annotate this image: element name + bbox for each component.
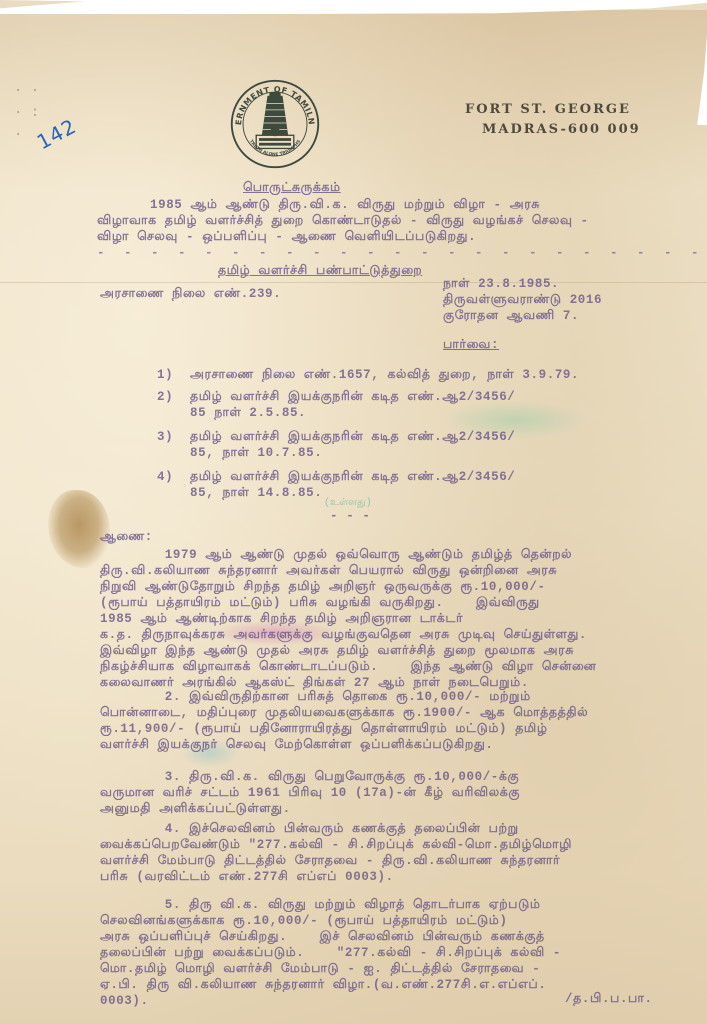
paragraph-line: 1985 ஆம் ஆண்டிற்காக சிறந்த தமிழ் அறிஞரான… xyxy=(100,612,463,628)
paragraph-line: 2. இவ்விருதிற்கான பரிசுத் தொகை ரூ.10,000… xyxy=(100,690,531,706)
order-heading: ஆணை: xyxy=(100,530,153,546)
abstract-line-3: விழா செலவு - ஒப்பளிப்பு - ஆணை வெளியிடப்ப… xyxy=(97,230,476,246)
paragraph-line: ஏ.பி. திரு வி.கலியாண சுந்தரனார் விழா.(வ.… xyxy=(100,978,546,994)
reference-text: 85, நாள் 14.8.85. xyxy=(190,486,322,502)
green-stamp-annotation: (உள்ளது) xyxy=(324,497,372,509)
paragraph-line: அரசு ஒப்பளிப்புச் செய்கிறது. இச் செலவினம… xyxy=(100,930,545,946)
end-mark: - - - xyxy=(330,509,371,525)
paragraph-line: 0003). xyxy=(100,994,149,1010)
tamil-year: திருவள்ளுவராண்டு 2016 xyxy=(443,293,602,309)
reference-text: அரசாணை நிலை எண்.1657, கல்வித் துறை, நாள்… xyxy=(190,368,579,384)
reference-number: 4) xyxy=(157,470,173,486)
paragraph-line: வைக்கப்பெறவேண்டும் "277.கல்வி - சி.சிறப்… xyxy=(100,838,572,854)
paragraph-line: செலவினங்களுக்காக ரூ.10,000/- (ரூபாய் பத்… xyxy=(100,914,508,930)
go-number: அரசாணை நிலை எண்.239. xyxy=(100,287,281,303)
paragraph-line: (ரூபாய் பத்தாயிரம் மட்டும்) பரிசு வழங்கி… xyxy=(100,596,540,612)
reference-text: 85 நாள் 2.5.85. xyxy=(190,406,306,422)
paragraph-line: தலைப்பின் பற்று வைக்கப்படும். "277.கல்வி… xyxy=(100,946,561,962)
paragraph-line: 1979 ஆம் ஆண்டு முதல் ஒவ்வொரு ஆண்டும் தமி… xyxy=(100,548,572,564)
paragraph-line: திரு.வி.கலியாண சுந்தரனார் அவர்கள் பெயரால… xyxy=(100,564,557,580)
separator-dashes: - - - - - - - - - - - - - - - - - - - - … xyxy=(97,246,705,262)
paragraph-line: 3. திரு.வி.க. விருது பெறுவோருக்கு ரூ.10,… xyxy=(100,770,519,786)
paragraph-line: பொன்னாடை, மதிப்புரை முதலியவைகளுக்காக ரூ.… xyxy=(100,706,588,722)
paragraph-line: நிகழ்ச்சியாக விழாவாகக் கொண்டாடப்படும். இ… xyxy=(100,660,596,676)
paragraph-line: க.த. திருநாவுக்கரசு அவர்களுக்கு வழங்குவத… xyxy=(100,628,587,644)
abstract-line-1: 1985 ஆம் ஆண்டு திரு.வி.க. விருது மற்றும்… xyxy=(150,198,540,214)
reference-text: தமிழ் வளர்ச்சி இயக்குநரின் கடித எண்.ஆ2/3… xyxy=(190,470,515,486)
paragraph-line: பரிசு (வரவிட்டம் எண்.277சி எப்எப் 0003). xyxy=(100,870,394,886)
reference-number: 1) xyxy=(157,368,173,384)
paragraph-line: வருமான வரிச் சட்டம் 1961 பிரிவு 10 (17a)… xyxy=(100,786,520,802)
reference-number: 2) xyxy=(157,390,173,406)
tamilnadu-emblem-icon: GOVERNMENT OF TAMILNADU TRUTH ALONE TRIU… xyxy=(228,77,322,171)
paragraph-line: 5. திரு வி.க. விருது மற்றும் விழாத் தொடர… xyxy=(100,898,541,914)
paragraph-line: வளர்ச்சி மேம்பாடு திட்டத்தில் சேராதவை - … xyxy=(100,854,560,870)
fold-crease xyxy=(0,282,707,283)
paragraph-line: ரூ.11,900/- (ரூபாய் பதினோராயிரத்து தொள்ள… xyxy=(100,722,548,738)
paragraph-line: அனுமதி அளிக்கப்பட்டுள்ளது. xyxy=(100,802,291,818)
office-address: FORT ST. GEORGE MADRAS-600 009 xyxy=(465,100,641,140)
continuation-mark: /த.பி.ப.பா. xyxy=(565,992,653,1008)
department-name: தமிழ் வளர்ச்சி பண்பாட்டுத்துறை xyxy=(218,264,422,280)
order-date: நாள் 23.8.1985. xyxy=(443,277,559,293)
paragraph-line: 4. இச்செலவினம் பின்வரும் கணக்குத் தலைப்ப… xyxy=(100,822,519,838)
paragraph-line: நிறுவி ஆண்டுதோறும் சிறந்த தமிழ் அறிஞர் ஒ… xyxy=(100,580,546,596)
address-line-2: MADRAS-600 009 xyxy=(465,120,641,140)
reference-text: தமிழ் வளர்ச்சி இயக்குநரின் கடித எண்.ஆ2/3… xyxy=(190,430,515,446)
reference-text: தமிழ் வளர்ச்சி இயக்குநரின் கடித எண்.ஆ2/3… xyxy=(190,390,515,406)
address-line-1: FORT ST. GEORGE xyxy=(465,100,641,120)
paragraph-line: மொ.தமிழ் மொழி வளர்ச்சி மேம்பாடு - ஐ. திட… xyxy=(100,962,540,978)
reference-number: 3) xyxy=(157,430,173,446)
abstract-line-2: விழாவாக தமிழ் வளர்ச்சித் துறை கொண்டாடுதல… xyxy=(97,214,589,230)
section-title: பொருட்சுருக்கம் xyxy=(243,181,341,197)
tamil-month: குரோதன ஆவணி 7. xyxy=(443,309,579,325)
reference-text: 85, நாள் 10.7.85. xyxy=(190,446,322,462)
torn-notch xyxy=(285,0,365,8)
references-heading: பார்வை: xyxy=(443,338,499,354)
paragraph-line: வளர்ச்சி இயக்குநர் செலவு மேற்கொள்ள ஒப்பள… xyxy=(100,738,494,754)
paragraph-line: இவ்விழா இந்த ஆண்டு முதல் அரசு தமிழ் வளர்… xyxy=(100,644,574,660)
